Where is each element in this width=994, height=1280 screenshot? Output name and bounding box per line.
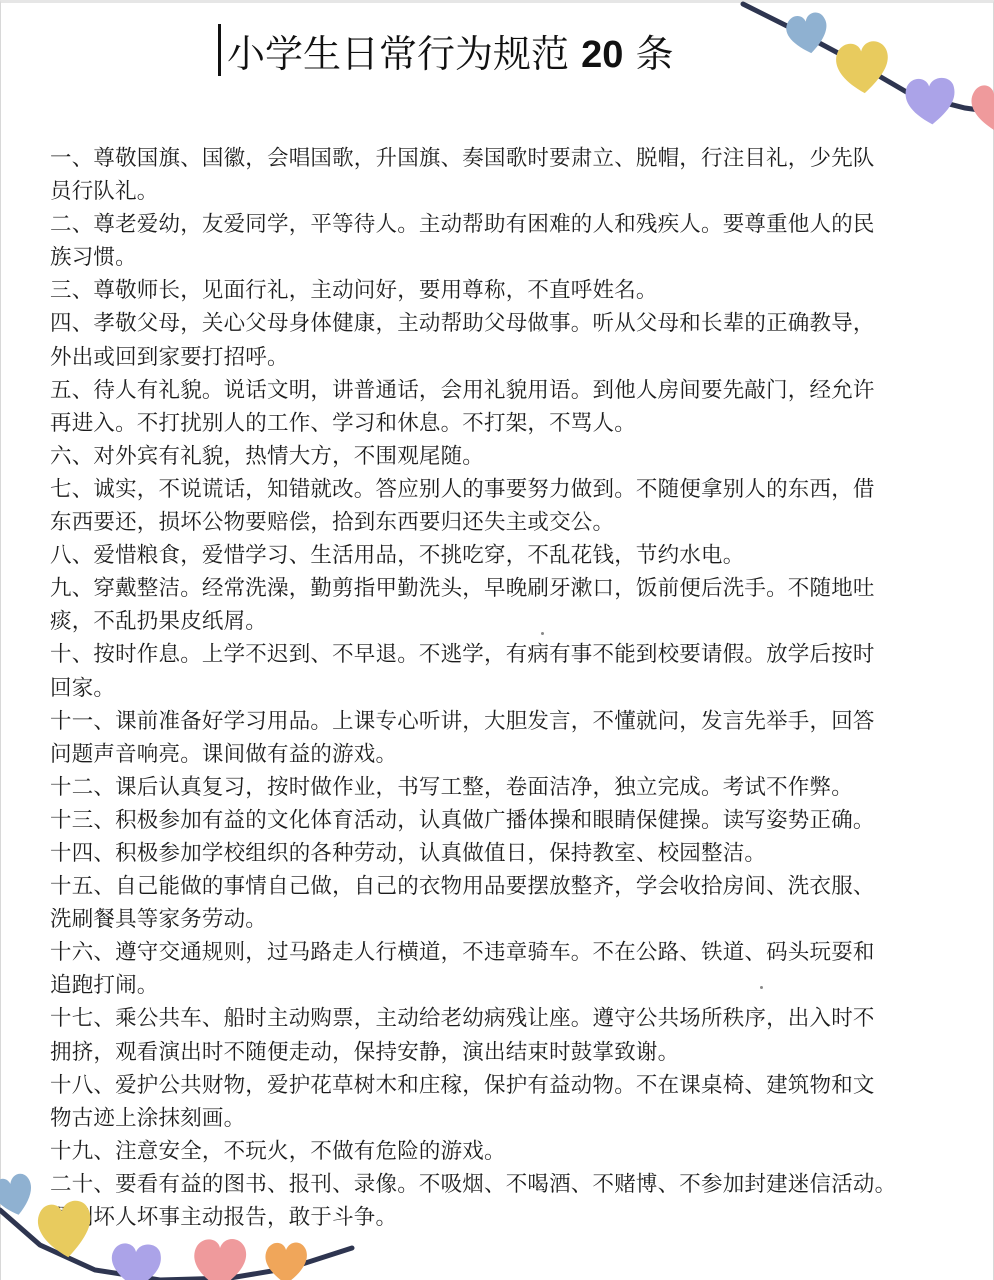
rule-8-line-1: 八、爱惜粮食，爱惜学习、生活用品，不挑吃穿，不乱花钱，节约水电。 (50, 539, 960, 572)
rule-10-line-1: 十、按时作息。上学不迟到、不早退。不逃学，有病有事不能到校要请假。放学后按时 (50, 638, 960, 671)
document-title-block: 小学生日常行为规范 20 条 (218, 22, 673, 78)
rule-15-line-2: 洗刷餐具等家务劳动。 (50, 903, 960, 936)
rule-3-line-1: 三、尊敬师长，见面行礼，主动问好，要用尊称，不直呼姓名。 (50, 274, 960, 307)
text-cursor (218, 24, 221, 76)
rule-10-line-2: 回家。 (50, 672, 960, 705)
rule-12-line-1: 十二、课后认真复习，按时做作业，书写工整，卷面洁净，独立完成。考试不作弊。 (50, 771, 960, 804)
rule-9-line-2: 痰，不乱扔果皮纸屑。 (50, 605, 960, 638)
scan-speck (760, 986, 763, 989)
rule-16-line-2: 追跑打闹。 (50, 969, 960, 1002)
rule-5-line-1: 五、待人有礼貌。说话文明，讲普通话，会用礼貌用语。到他人房间要先敲门，经允许 (50, 374, 960, 407)
rule-18-line-2: 物古迹上涂抹刻画。 (50, 1102, 960, 1135)
rules-list: 一、尊敬国旗、国徽，会唱国歌，升国旗、奏国歌时要肃立、脱帽，行注目礼，少先队 员… (50, 142, 960, 1234)
rule-2-line-1: 二、尊老爱幼，友爱同学，平等待人。主动帮助有困难的人和残疾人。要尊重他人的民 (50, 208, 960, 241)
heart-garland-top-right-icon (735, 0, 994, 140)
scan-speck (541, 632, 544, 635)
rule-4-line-1: 四、孝敬父母，关心父母身体健康，主动帮助父母做事。听从父母和长辈的正确教导， (50, 307, 960, 340)
rule-19-line-1: 十九、注意安全，不玩火，不做有危险的游戏。 (50, 1135, 960, 1168)
rule-4-line-2: 外出或回到家要打招呼。 (50, 341, 960, 374)
rule-17-line-2: 拥挤，观看演出时不随便走动，保持安静，演出结束时鼓掌致谢。 (50, 1036, 960, 1069)
rule-11-line-1: 十一、课前准备好学习用品。上课专心听讲，大胆发言，不懂就问，发言先举手，回答 (50, 705, 960, 738)
rule-14-line-1: 十四、积极参加学校组织的各种劳动，认真做值日，保持教室、校园整洁。 (50, 837, 960, 870)
document-title: 小学生日常行为规范 20 条 (227, 23, 673, 78)
heart-garland-bottom-left-icon (0, 1170, 360, 1280)
rule-7-line-1: 七、诚实，不说谎话，知错就改。答应别人的事要努力做到。不随便拿别人的东西，借 (50, 473, 960, 506)
rule-15-line-1: 十五、自己能做的事情自己做，自己的衣物用品要摆放整齐，学会收拾房间、洗衣服、 (50, 870, 960, 903)
rule-16-line-1: 十六、遵守交通规则，过马路走人行横道，不违章骑车。不在公路、铁道、码头玩耍和 (50, 936, 960, 969)
rule-1-line-1: 一、尊敬国旗、国徽，会唱国歌，升国旗、奏国歌时要肃立、脱帽，行注目礼，少先队 (50, 142, 960, 175)
rule-13-line-1: 十三、积极参加有益的文化体育活动，认真做广播体操和眼睛保健操。读写姿势正确。 (50, 804, 960, 837)
rule-11-line-2: 问题声音响亮。课间做有益的游戏。 (50, 738, 960, 771)
rule-18-line-1: 十八、爱护公共财物，爱护花草树木和庄稼，保护有益动物。不在课桌椅、建筑物和文 (50, 1069, 960, 1102)
rule-9-line-1: 九、穿戴整洁。经常洗澡，勤剪指甲勤洗头，早晚刷牙漱口，饭前便后洗手。不随地吐 (50, 572, 960, 605)
rule-7-line-2: 东西要还，损坏公物要赔偿，拾到东西要归还失主或交公。 (50, 506, 960, 539)
rule-17-line-1: 十七、乘公共车、船时主动购票，主动给老幼病残让座。遵守公共场所秩序，出入时不 (50, 1002, 960, 1035)
rule-2-line-2: 族习惯。 (50, 241, 960, 274)
rule-5-line-2: 再进入。不打扰别人的工作、学习和休息。不打架，不骂人。 (50, 407, 960, 440)
rule-6-line-1: 六、对外宾有礼貌，热情大方，不围观尾随。 (50, 440, 960, 473)
rule-1-line-2: 员行队礼。 (50, 175, 960, 208)
